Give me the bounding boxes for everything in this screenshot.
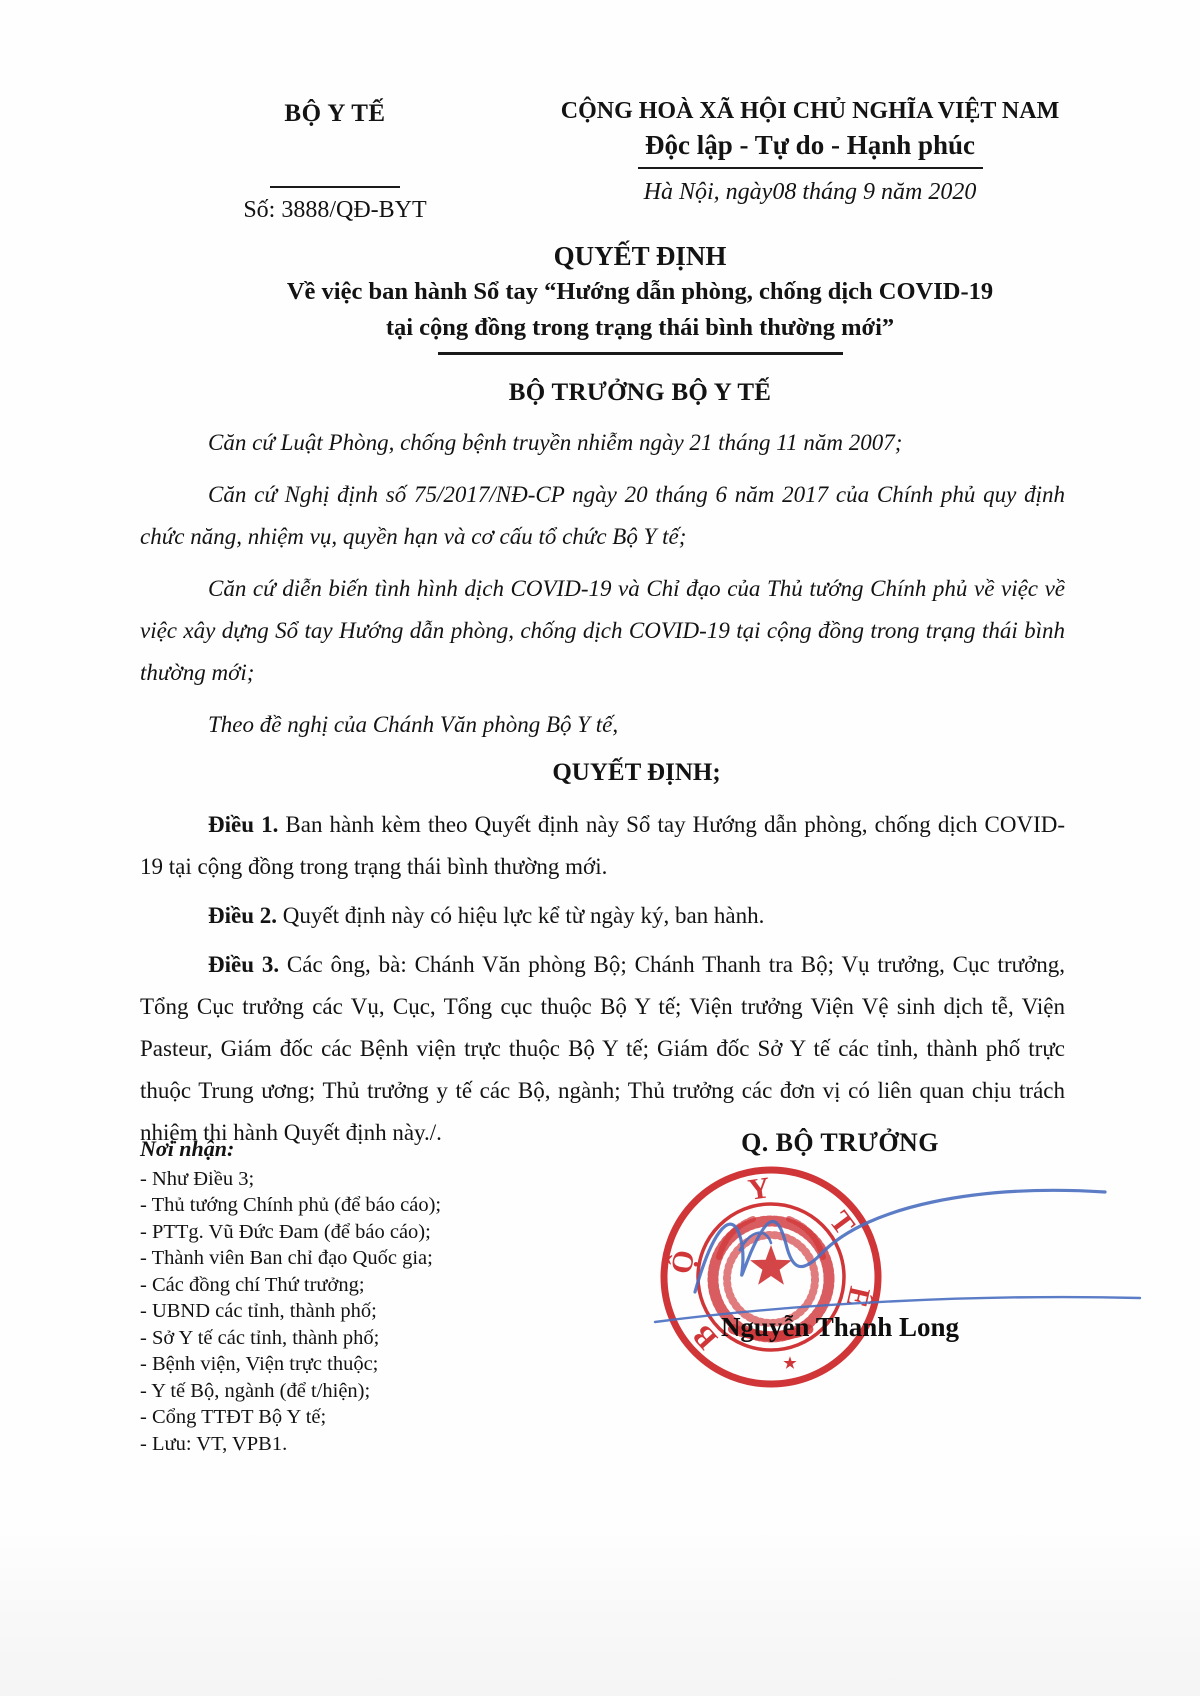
motto-divider	[638, 167, 983, 169]
subtitle-underline	[438, 352, 843, 355]
recipient-item: - PTTg. Vũ Đức Đam (để báo cáo);	[140, 1219, 610, 1246]
article-1: Điều 1. Ban hành kèm theo Quyết định này…	[140, 804, 1065, 888]
decision-subtitle-line1: Về việc ban hành Sổ tay “Hướng dẫn phòng…	[180, 274, 1100, 310]
recipients-label: Nơi nhận:	[140, 1136, 610, 1163]
org-divider	[270, 186, 400, 188]
recipient-item: - Y tế Bộ, ngành (để t/hiện);	[140, 1378, 610, 1405]
article-3: Điều 3. Các ông, bà: Chánh Văn phòng Bộ;…	[140, 944, 1065, 1154]
recipient-item: - Bệnh viện, Viện trực thuộc;	[140, 1351, 610, 1378]
decision-title: QUYẾT ĐỊNH	[180, 238, 1100, 274]
recipients-block: Nơi nhận: - Như Điều 3; - Thủ tướng Chín…	[140, 1136, 610, 1457]
document-body: Căn cứ Luật Phòng, chống bệnh truyền nhi…	[140, 422, 1065, 1161]
article-2: Điều 2. Quyết định này có hiệu lực kể từ…	[140, 895, 1065, 937]
article-2-text: Quyết định này có hiệu lực kể từ ngày ký…	[277, 903, 764, 928]
article-2-label: Điều 2.	[208, 903, 277, 928]
article-1-label: Điều 1.	[208, 812, 278, 837]
document-page: BỘ Y TẾ Số: 3888/QĐ-BYT CỘNG HOÀ XÃ HỘI …	[0, 0, 1200, 1696]
preamble-paragraph: Căn cứ Nghị định số 75/2017/NĐ-CP ngày 2…	[140, 474, 1065, 558]
header-right: CỘNG HOÀ XÃ HỘI CHỦ NGHĨA VIỆT NAM Độc l…	[535, 98, 1085, 206]
place-date: Hà Nội, ngày08 tháng 9 năm 2020	[535, 179, 1085, 206]
recipient-item: - Lưu: VT, VPB1.	[140, 1431, 610, 1458]
article-1-text: Ban hành kèm theo Quyết định này Sổ tay …	[140, 812, 1065, 879]
recipient-item: - Cổng TTĐT Bộ Y tế;	[140, 1404, 610, 1431]
recipient-item: - UBND các tỉnh, thành phố;	[140, 1298, 610, 1325]
header-left: BỘ Y TẾ Số: 3888/QĐ-BYT	[215, 100, 455, 224]
national-title: CỘNG HOÀ XÃ HỘI CHỦ NGHĨA VIỆT NAM	[535, 98, 1085, 125]
decision-subtitle-line2: tại cộng đồng trong trạng thái bình thườ…	[180, 310, 1100, 346]
decree-heading: QUYẾT ĐỊNH;	[140, 752, 1065, 794]
doc-number: Số: 3888/QĐ-BYT	[215, 197, 455, 224]
national-motto: Độc lập - Tự do - Hạnh phúc	[535, 130, 1085, 161]
org-name: BỘ Y TẾ	[215, 100, 455, 128]
signer-name: Nguyễn Thanh Long	[590, 1312, 1090, 1343]
preamble-paragraph: Theo đề nghị của Chánh Văn phòng Bộ Y tế…	[140, 704, 1065, 746]
preamble-paragraph: Căn cứ Luật Phòng, chống bệnh truyền nhi…	[140, 422, 1065, 464]
title-block: QUYẾT ĐỊNH Về việc ban hành Sổ tay “Hướn…	[180, 238, 1100, 407]
article-3-label: Điều 3.	[208, 952, 279, 977]
preamble-paragraph: Căn cứ diễn biến tình hình dịch COVID-19…	[140, 568, 1065, 694]
recipient-item: - Các đồng chí Thứ trưởng;	[140, 1272, 610, 1299]
issuer-title: BỘ TRƯỞNG BỘ Y TẾ	[180, 379, 1100, 407]
recipient-item: - Như Điều 3;	[140, 1166, 610, 1193]
recipient-item: - Thành viên Ban chỉ đạo Quốc gia;	[140, 1245, 610, 1272]
recipient-item: - Thủ tướng Chính phủ (để báo cáo);	[140, 1192, 610, 1219]
article-3-text: Các ông, bà: Chánh Văn phòng Bộ; Chánh T…	[140, 952, 1065, 1145]
recipient-item: - Sở Y tế các tỉnh, thành phố;	[140, 1325, 610, 1352]
